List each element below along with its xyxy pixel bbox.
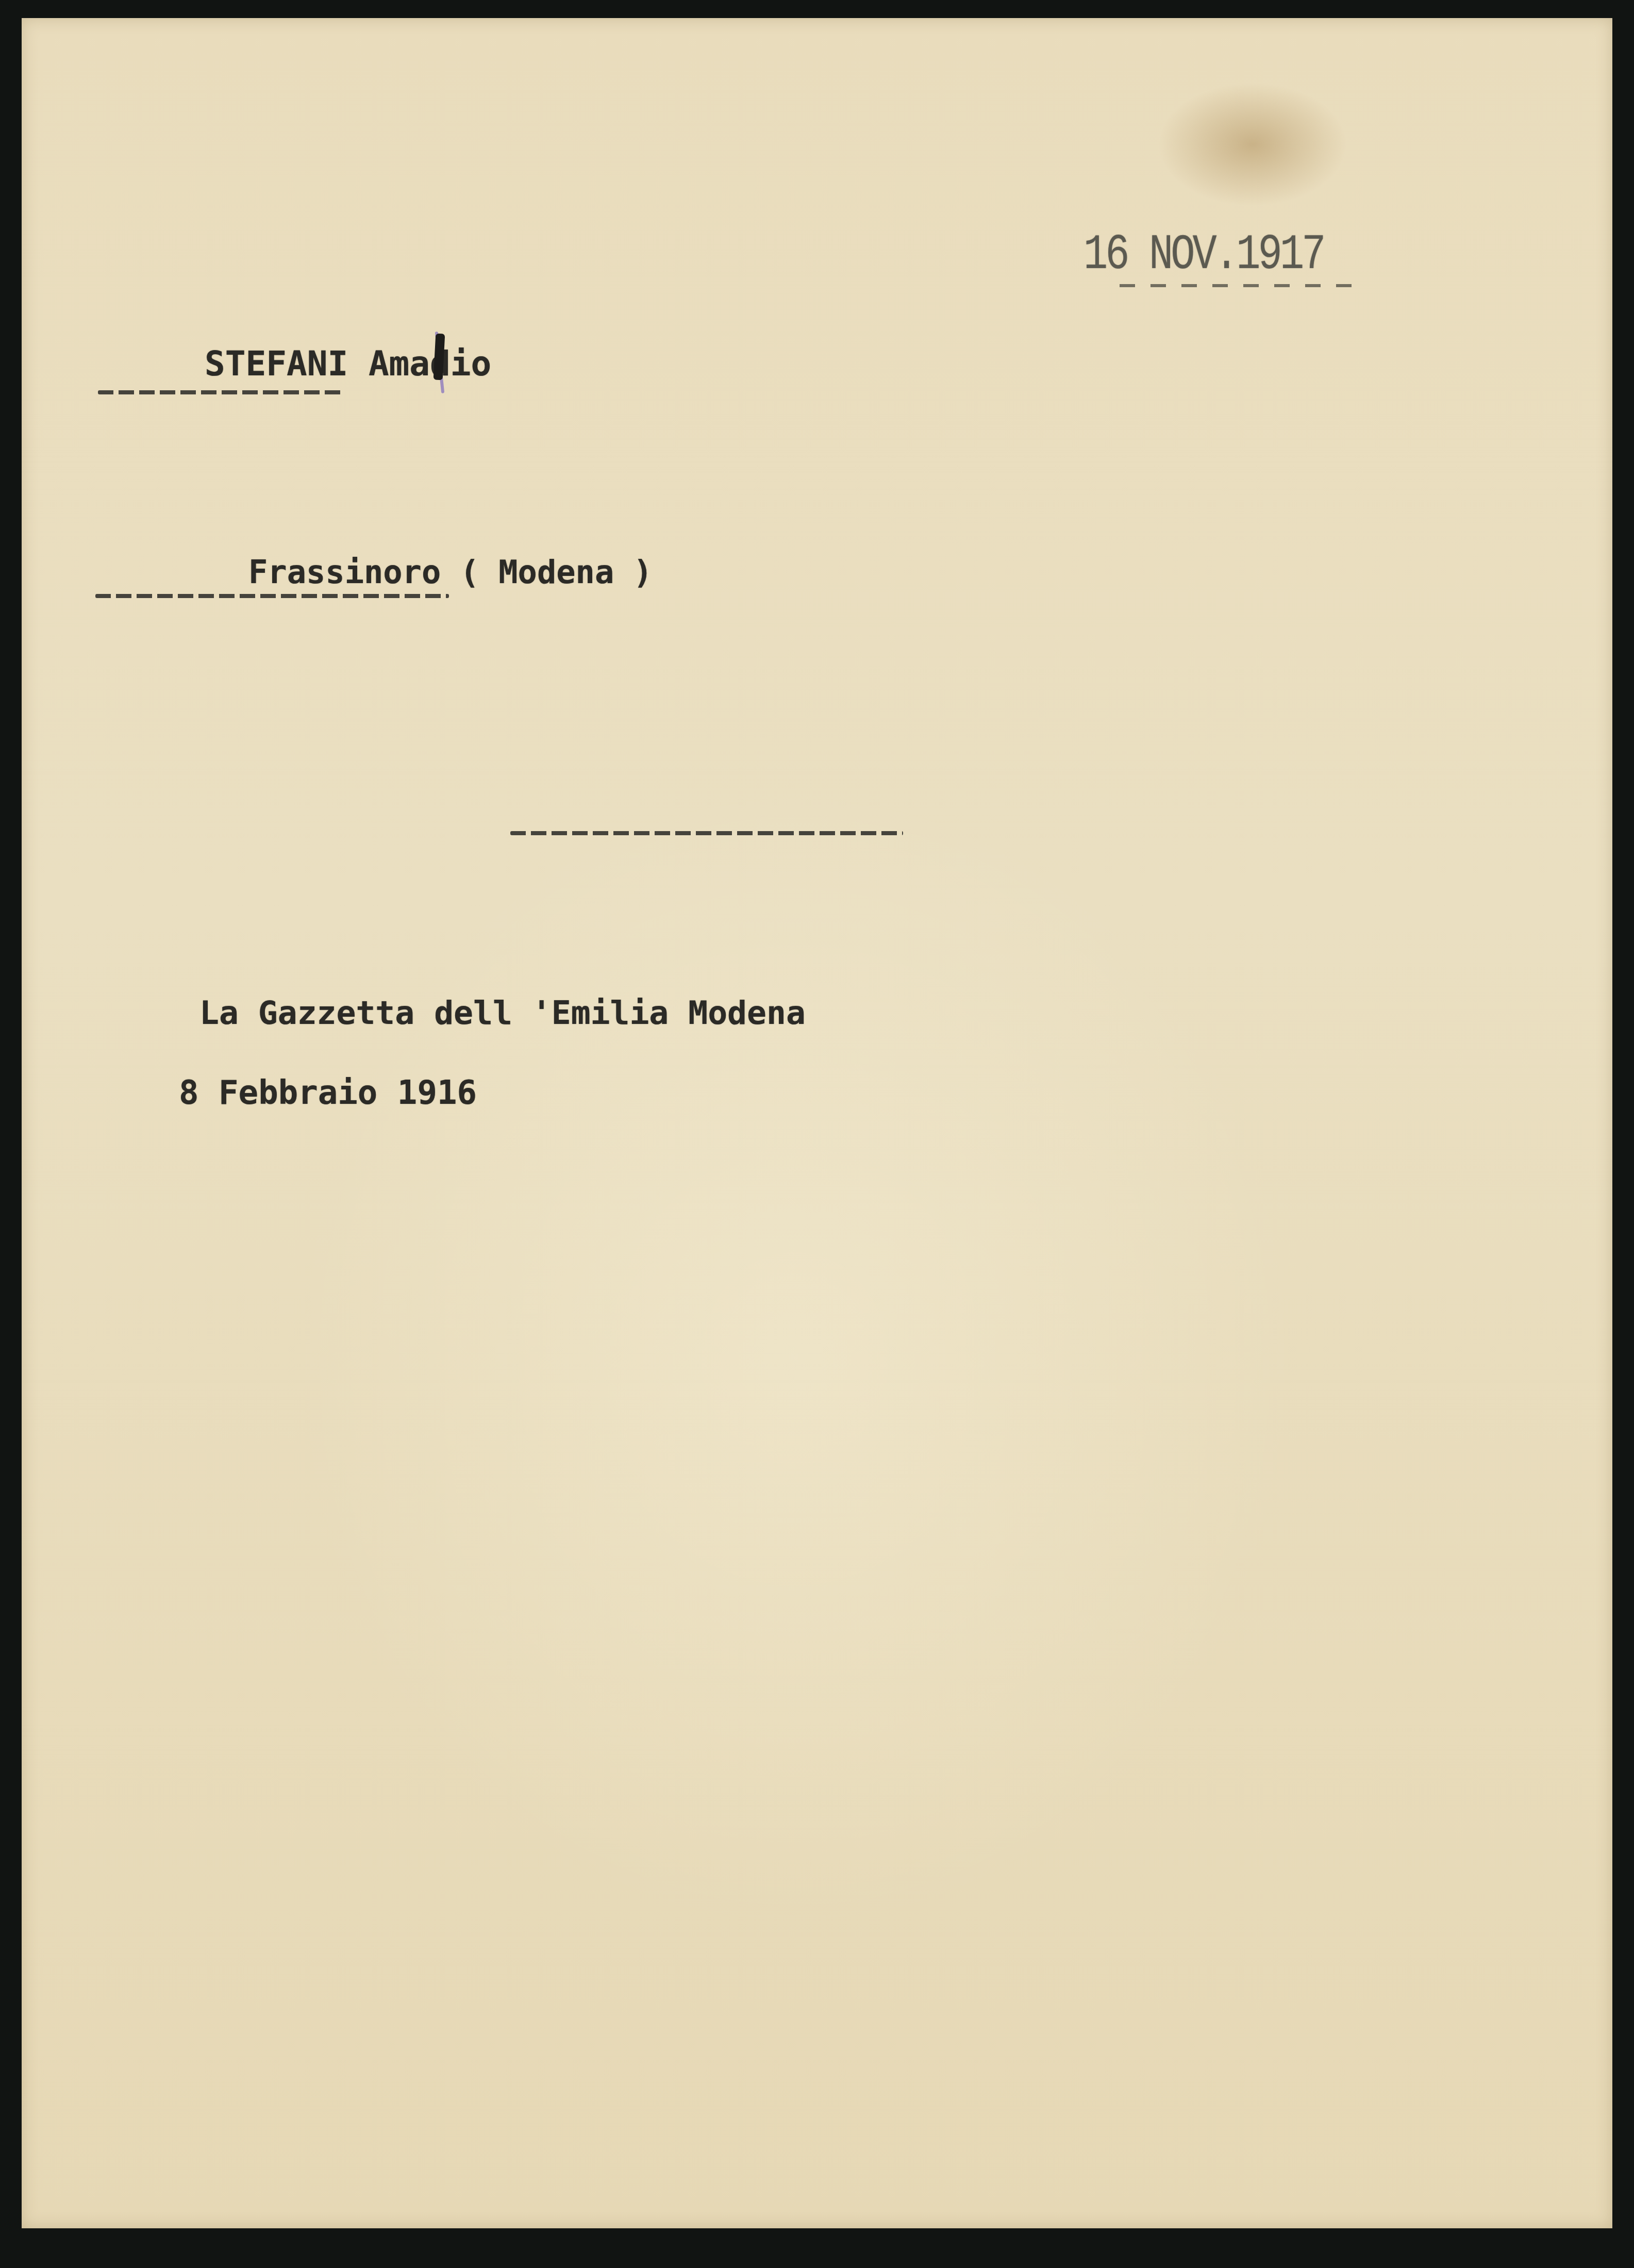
document-page: 16 NOV.1917 STEFANI Amadio Frassinoro ( … xyxy=(22,18,1612,2228)
person-name: STEFANI Amadio xyxy=(205,344,491,384)
section-separator xyxy=(510,831,903,835)
source-publication: La Gazzetta dell 'Emilia Modena xyxy=(199,994,806,1032)
stamp-underline xyxy=(1120,284,1352,287)
received-date-stamp: 16 NOV.1917 xyxy=(1083,227,1324,283)
name-underline xyxy=(98,390,345,394)
source-date: 8 Febbraio 1916 xyxy=(179,1074,477,1112)
location-underline xyxy=(95,594,449,598)
location-line: Frassinoro ( Modena ) xyxy=(248,553,653,591)
